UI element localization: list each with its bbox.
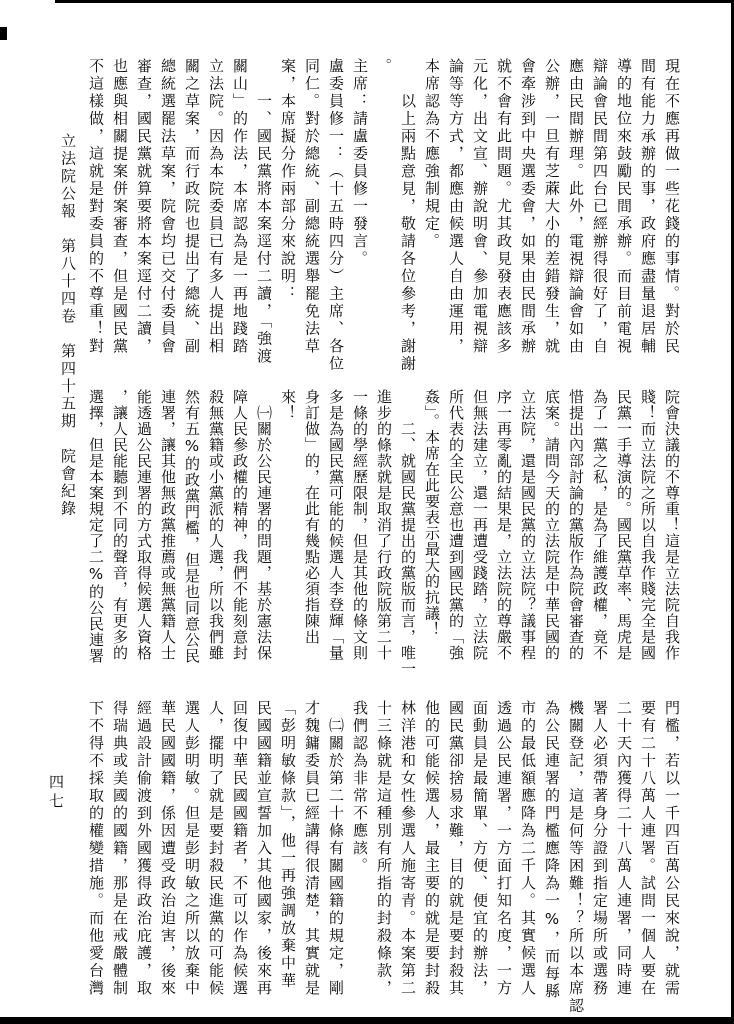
text-column: 要有二十八萬人連署。試問一個人要在 (636, 700, 660, 998)
text-column: 來！ (276, 389, 300, 661)
text-column: 為了一黨之私，是為了維護政權，竟不 (588, 389, 612, 661)
text-column: 一條的學經歷限制，但是其他的條文則 (348, 389, 372, 661)
text-column: 連署，讓其他無政黨推薦或無黨籍人士 (156, 389, 180, 661)
page-number: 四七 (46, 774, 67, 812)
text-column: 面動員是最簡單、方便、便宜的辦法， (468, 700, 492, 998)
text-column: 經過設計偷渡到外國獲得政治庇護，取 (132, 700, 156, 998)
text-column: 辯論會民間第四台已經辦得很好了，自 (588, 58, 612, 358)
text-column: 應由民間辦理。此外，電視辯論會如由 (564, 58, 588, 358)
scan-artifact-top-edge (55, 0, 734, 3)
text-column: 門檻，若以一千四百萬公民來說，就需 (660, 700, 684, 998)
scan-artifact-bottom-edge (0, 1017, 734, 1024)
text-column: 障人民參政權的精神，我們不能刻意封 (228, 389, 252, 661)
text-column: 論等等方式，都應由候選人自由運用， (444, 58, 468, 358)
text-column: 二十天內獲得二十八萬人連署，同時連 (612, 700, 636, 998)
text-column: 透過公民連署，一方面打知名度，一方 (492, 700, 516, 998)
text-column: 選人彭明敏。但是彭明敏之所以放棄中 (180, 700, 204, 998)
text-column: 不這樣做，這就是對委員的不尊重！對 (84, 58, 108, 358)
text-column: 國民黨卻捨易求難，目的就是要封殺其 (444, 700, 468, 998)
text-column: 關之草案，而行政院也提出了總統、副 (180, 58, 204, 358)
text-column: 底案。請問今天的立法院是中華民國的 (540, 389, 564, 661)
gazette-page: 立法院公報 第八十四卷 第四十五期 院會紀錄 四七 現在不應再做一些花錢的事情。… (0, 0, 734, 1024)
text-column: ，讓人民能聽到不同的聲音，有更多的 (108, 389, 132, 661)
text-column: 才魏鏞委員已經講得很清楚，其實就是 (300, 700, 324, 998)
text-column: 盧委員修一：（十五時四分）主席、各位 (324, 58, 348, 358)
text-column: 總統選罷法草案，院會均已交付委員會 (156, 58, 180, 358)
text-column: 身訂做」的，在此有幾點必須指陳出 (300, 389, 324, 661)
text-column: 但無法建立，還一再遭受踐踏，立法院 (468, 389, 492, 661)
text-column: 選擇，但是本案規定了二%的公民連署 (84, 389, 108, 661)
text-column: 所代表的全民公意也遭到國民黨的「強 (444, 389, 468, 661)
text-column: 機關登記，這是何等困難！？所以本席認 (564, 700, 588, 998)
text-column: 案，本席擬分作兩部分來說明： (276, 58, 300, 358)
text-band-bottom: 門檻，若以一千四百萬公民來說，就需要有二十八萬人連署。試問一個人要在二十天內獲得… (84, 700, 684, 998)
text-column: 二、就國民黨提出的黨版而言，唯一 (396, 389, 420, 661)
text-column: 署人必須帶著身分證到指定場所或選務 (588, 700, 612, 998)
text-column: 惜提出內部討論的黨版作為院會審查的 (564, 389, 588, 661)
text-column: 進步的條款就是取消了行政院版第二十 (372, 389, 396, 661)
text-column: 本席認為不應強制規定。 (420, 58, 444, 358)
text-column: 回復中華民國國籍者，不可以作為候選 (228, 700, 252, 998)
text-column: 間有能力承辦的事，政府應盡量退居輔 (636, 58, 660, 358)
text-column: 市的最低額應降為二千人。其實候選人 (516, 700, 540, 998)
text-column: ㈡關於第二十條有關國籍的規定，剛 (324, 700, 348, 998)
text-column: 我們認為非常不應該。 (348, 700, 372, 998)
text-band-top: 現在不應再做一些花錢的事情。對於民間有能力承辦的事，政府應盡量退居輔導的地位來鼓… (84, 58, 684, 358)
text-column: 林洋港和女性參選人施寄青。本案第二 (396, 700, 420, 998)
text-column: 「彭明敏條款」，他一再強調放棄中華 (276, 700, 300, 998)
text-column: 多是為國民黨可能的候選人李登輝「量 (324, 389, 348, 661)
text-column: 院會決議的不尊重！這是立法院自我作 (660, 389, 684, 661)
text-column: 以上兩點意見，敬請各位參考，謝謝 (396, 58, 420, 358)
text-column: 為公民連署的門檻應降為一%，而每縣 (540, 700, 564, 998)
text-column: 。 (372, 58, 396, 358)
scan-artifact-left-blob (0, 27, 7, 40)
text-column: 他的可能候選人，最主要的就是要封殺 (420, 700, 444, 998)
text-column: 能透過公民連署的方式取得候選人資格 (132, 389, 156, 661)
text-band-middle: 院會決議的不尊重！這是立法院自我作賤！而立法院之所以自我作賤完全是國民黨一手導演… (84, 389, 684, 661)
text-column: 然有五%的政黨門檻，但是也同意公民 (180, 389, 204, 661)
text-column: 現在不應再做一些花錢的事情。對於民 (660, 58, 684, 358)
text-column: 審查，國民黨就算要將本案逕付二讀， (132, 58, 156, 358)
text-column: 主席：請盧委員修一發言。 (348, 58, 372, 358)
text-column: 人，擺明了就是要封殺民進黨的可能候 (204, 700, 228, 998)
text-column: 得瑞典或美國的國籍，那是在戒嚴體制 (108, 700, 132, 998)
text-column: 一、國民黨將本案逕付二讀，「強渡 (252, 58, 276, 358)
text-column: 同仁。對於總統、副總統選舉罷免法草 (300, 58, 324, 358)
text-column: 華民國國籍，係因遭受政治迫害，後來 (156, 700, 180, 998)
text-column: 也應與相關提案併案審查，但是國民黨 (108, 58, 132, 358)
text-column: ㈠關於公民連署的問題，基於憲法保 (252, 389, 276, 661)
text-column: 就不會有此問題。尤其政見發表應該多 (492, 58, 516, 358)
gazette-edge-title: 立法院公報 第八十四卷 第四十五期 院會紀錄 (58, 133, 79, 525)
text-column: 立法院。因為本院委員已有多人提出相 (204, 58, 228, 358)
text-column: 民國國籍並宣誓加入其他國家，後來再 (252, 700, 276, 998)
text-column: 序一再零亂的結果是，立法院的尊嚴不 (492, 389, 516, 661)
text-column: 關山」的作法，本席認為是一再地踐踏 (228, 58, 252, 358)
text-column: 殺無黨籍或小黨派的人選，所以我們雖 (204, 389, 228, 661)
text-column: 下不得不採取的權變措施。而他愛台灣 (84, 700, 108, 998)
text-column: 姦」。本席在此要表示最大的抗議！ (420, 389, 444, 661)
text-column: 導的地位來鼓勵民間承辦。而目前電視 (612, 58, 636, 358)
text-column: 公辦，一旦有芝蔴大小的差錯發生，就 (540, 58, 564, 358)
text-column: 立法院，還是國民黨的立法院？議事程 (516, 389, 540, 661)
text-column: 賤！而立法院之所以自我作賤完全是國 (636, 389, 660, 661)
text-column: 十三條就是這種別有所指的封殺條款， (372, 700, 396, 998)
text-column: 元化，出文宣、辦說明會、參加電視辯 (468, 58, 492, 358)
text-column: 民黨一手導演的。國民黨草率、馬虎是 (612, 389, 636, 661)
text-column: 會牽涉到中央選委會，如果由民間承辦 (516, 58, 540, 358)
